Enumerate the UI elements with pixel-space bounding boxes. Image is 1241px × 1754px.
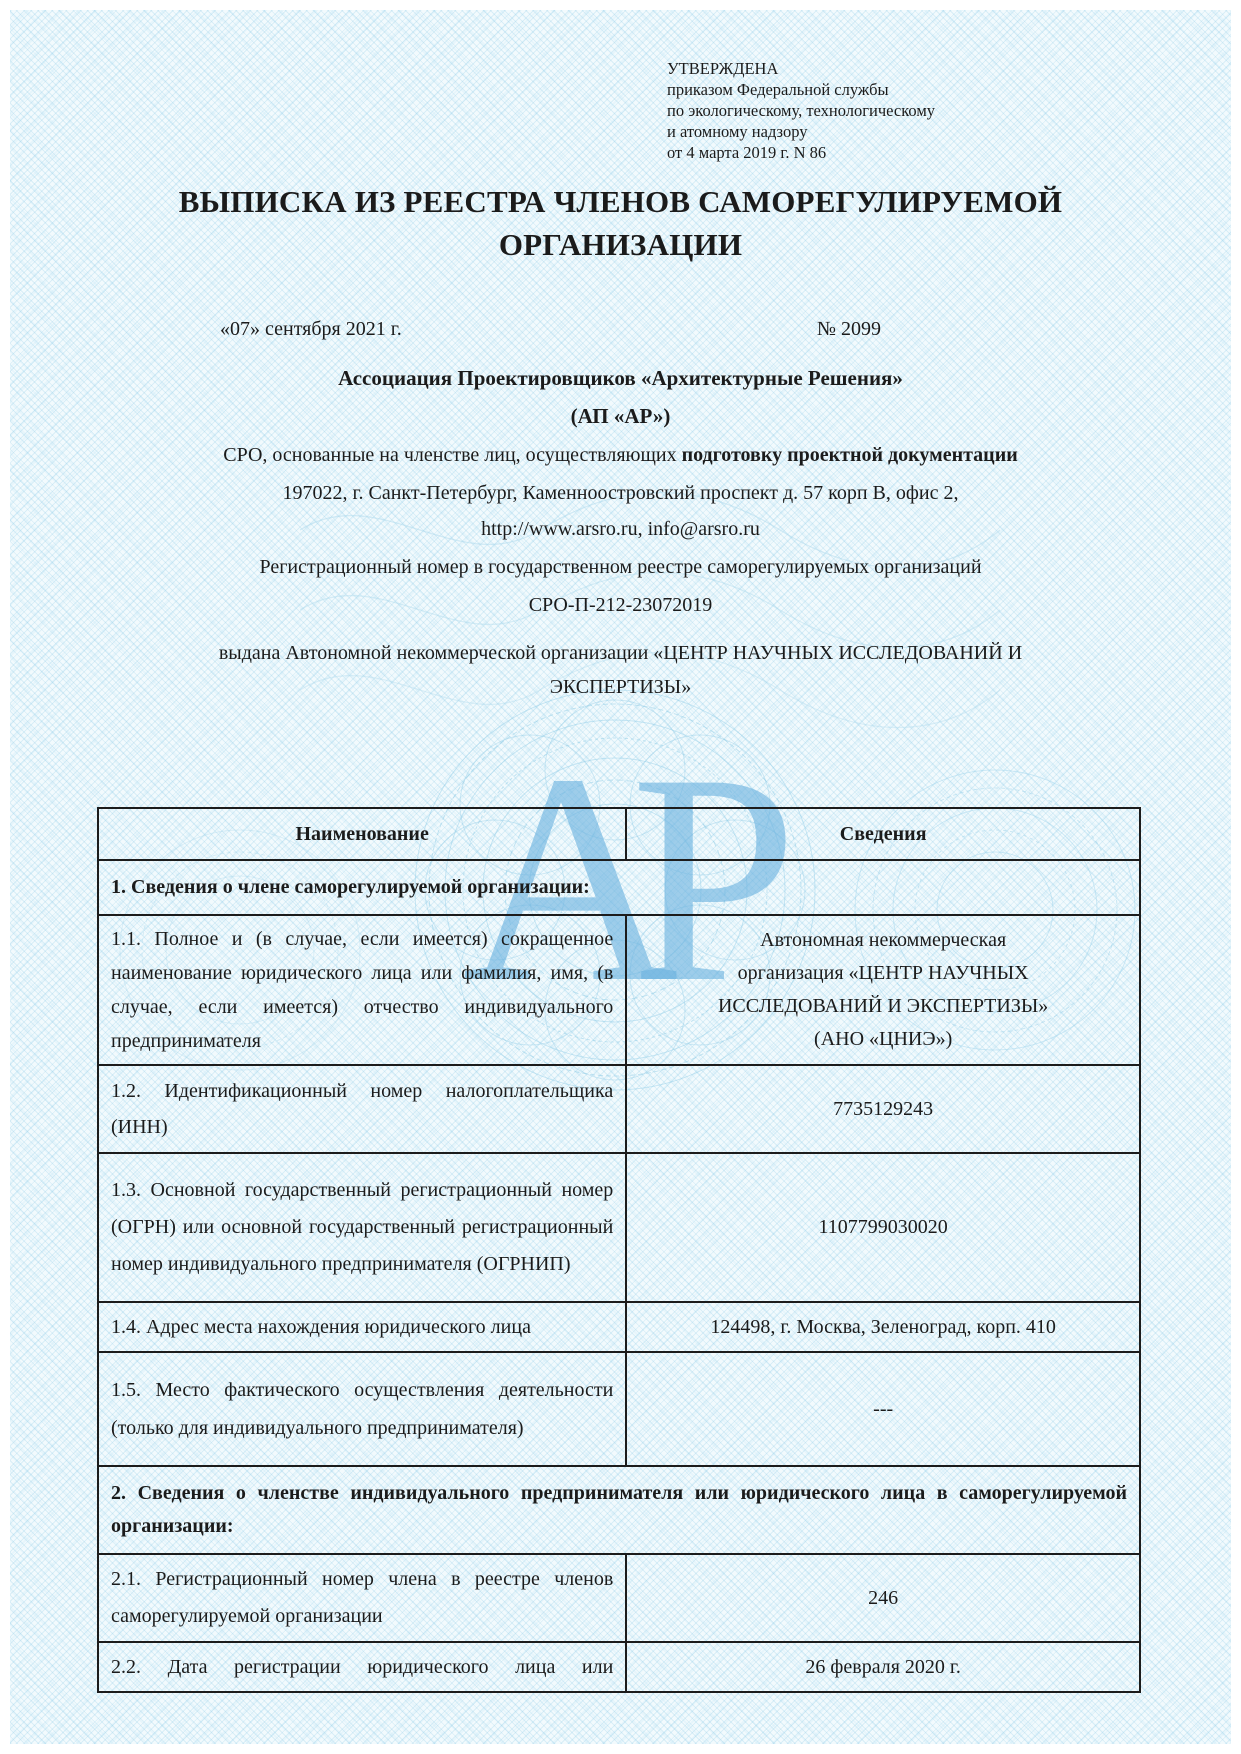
table-row: 1.5. Место фактического осуществления де…	[99, 1351, 1139, 1465]
row-2-2-label-cell: 2.2. Дата регистрации юридического лица …	[99, 1643, 627, 1691]
document-page: АР УТВЕРЖДЕНА приказом Федеральной служб…	[0, 0, 1241, 1754]
row-1-2-label-cell: 1.2. Идентификационный номер налогоплате…	[99, 1066, 627, 1152]
row-1-4-label-cell: 1.4. Адрес места нахождения юридического…	[99, 1303, 627, 1351]
row-1-5-label: 1.5. Место фактического осуществления де…	[111, 1371, 613, 1447]
row-1-3-label-cell: 1.3. Основной государственный регистраци…	[99, 1154, 627, 1301]
sro-name: Ассоциация Проектировщиков «Архитектурны…	[0, 366, 1241, 391]
row-1-3-label: 1.3. Основной государственный регистраци…	[111, 1172, 613, 1283]
header-name-cell: Наименование	[99, 809, 627, 859]
registry-number-value: СРО-П-212-23072019	[0, 594, 1241, 617]
row-2-2-label: 2.2. Дата регистрации юридического лица …	[111, 1649, 613, 1685]
document-content: УТВЕРЖДЕНА приказом Федеральной службы п…	[0, 0, 1241, 1754]
document-number: № 2099	[817, 318, 881, 341]
registry-number-label: Регистрационный номер в государственном …	[0, 556, 1241, 579]
row-1-5-value: ---	[627, 1353, 1139, 1465]
table-row: 2.1. Регистрационный номер члена в реест…	[99, 1553, 1139, 1641]
issued-to-line: выдана Автономной некоммерческой организ…	[0, 636, 1241, 704]
document-title: ВЫПИСКА ИЗ РЕЕСТРА ЧЛЕНОВ САМОРЕГУЛИРУЕМ…	[0, 180, 1241, 266]
row-1-1-label: 1.1. Полное и (в случае, если имеется) с…	[111, 922, 613, 1058]
row-2-2-value: 26 февраля 2020 г.	[627, 1643, 1139, 1691]
row-2-1-value: 246	[627, 1555, 1139, 1641]
row-1-1-label-cell: 1.1. Полное и (в случае, если имеется) с…	[99, 916, 627, 1064]
header-value-cell: Сведения	[627, 809, 1139, 859]
row-2-1-label-cell: 2.1. Регистрационный номер члена в реест…	[99, 1555, 627, 1641]
table-header-row: Наименование Сведения	[99, 809, 1139, 859]
section-1-row: 1. Сведения о члене саморегулируемой орг…	[99, 859, 1139, 914]
table-row: 1.3. Основной государственный регистраци…	[99, 1152, 1139, 1301]
sro-short-name: (АП «АР»)	[0, 404, 1241, 429]
row-2-1-label: 2.1. Регистрационный номер члена в реест…	[111, 1561, 613, 1635]
section-2-row: 2. Сведения о членстве индивидуального п…	[99, 1465, 1139, 1553]
approval-block: УТВЕРЖДЕНА приказом Федеральной службы п…	[667, 58, 1027, 163]
row-1-4-label: 1.4. Адрес места нахождения юридического…	[111, 1309, 613, 1345]
row-1-1-value: Автономная некоммерческая организация «Ц…	[627, 916, 1139, 1064]
sro-basis-bold: подготовку проектной документации	[682, 444, 1018, 466]
sro-address: 197022, г. Санкт-Петербург, Каменноостро…	[0, 482, 1241, 505]
row-1-4-value: 124498, г. Москва, Зеленоград, корп. 410	[627, 1303, 1139, 1351]
row-1-3-value: 1107799030020	[627, 1154, 1139, 1301]
table-row: 1.1. Полное и (в случае, если имеется) с…	[99, 914, 1139, 1064]
row-1-5-label-cell: 1.5. Место фактического осуществления де…	[99, 1353, 627, 1465]
row-1-2-label: 1.2. Идентификационный номер налогоплате…	[111, 1073, 613, 1145]
table-row: 2.2. Дата регистрации юридического лица …	[99, 1641, 1139, 1691]
meta-row: «07» сентября 2021 г. № 2099	[0, 318, 1241, 341]
sro-contacts: http://www.arsro.ru, info@arsro.ru	[0, 518, 1241, 541]
register-table: Наименование Сведения 1. Сведения о член…	[97, 807, 1141, 1693]
sro-basis-line: СРО, основанные на членстве лиц, осущест…	[0, 444, 1241, 467]
table-row: 1.4. Адрес места нахождения юридического…	[99, 1301, 1139, 1351]
table-row: 1.2. Идентификационный номер налогоплате…	[99, 1064, 1139, 1152]
sro-basis-normal: СРО, основанные на членстве лиц, осущест…	[223, 444, 681, 466]
row-1-2-value: 7735129243	[627, 1066, 1139, 1152]
document-date: «07» сентября 2021 г.	[220, 318, 402, 341]
